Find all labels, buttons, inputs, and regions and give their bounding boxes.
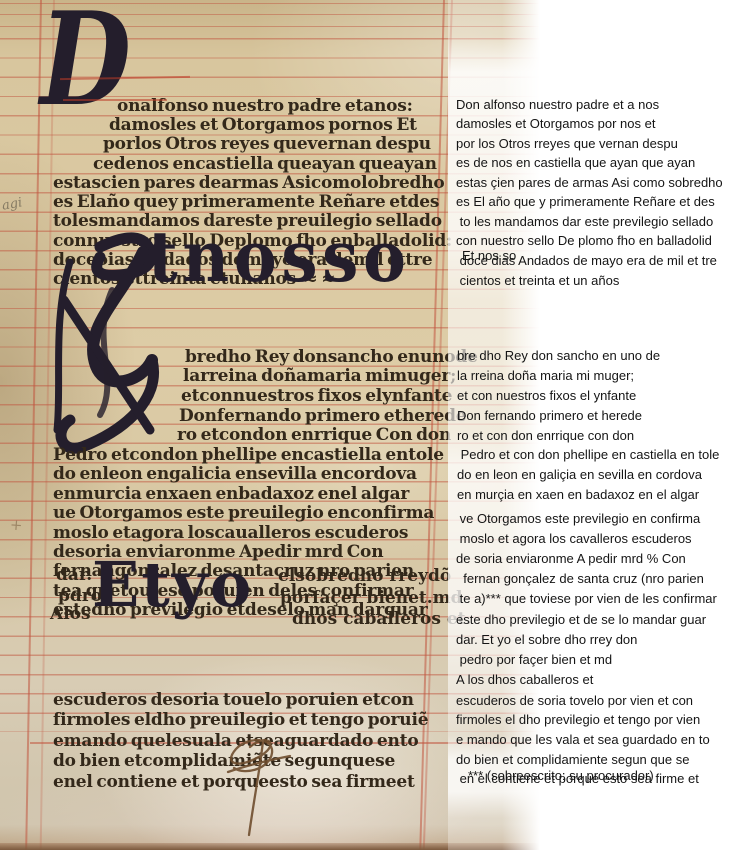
screenshot-stage: agi + D onalfonso nuestro padre etanos:d… [0,0,750,850]
transcription-line: es de nos en castiella que ayan que ayan [456,153,723,173]
transcription-line: bre dho Rey don sancho en uno de [457,346,719,366]
transcription-line: la rreina doña maria mi muger; [457,366,719,386]
transcription-line: este dho previlegio et de se lo mandar g… [456,610,717,630]
transcription-footnote: *** (sobreescrito: su procurador) [468,766,654,786]
transcription-line: es El año que y primeramente Reñare et d… [456,192,723,212]
transcription-interlude: Et nos so [462,246,516,266]
transcription-line: Don alfonso nuestro padre et a nos [456,95,723,115]
transcription-line: te a)*** que toviese por vien de les con… [456,589,717,609]
transcription-line: firmoles el dho previlegio et tengo por … [456,710,710,730]
transcription-line: fernan gonçalez de santa cruz (nro parie… [456,569,717,589]
transcription-line: moslo et agora los cavalleros escuderos [456,529,717,549]
transcription-line: damosles et Otorgamos por nos et [456,114,723,134]
transcription-line: et con nuestros fixos el ynfante [457,386,719,406]
transcription-line: to les mandamos dar este previlegio sell… [456,212,723,232]
transcription-line: Don fernando primero et herede [457,406,719,426]
transcription-line: ro et con don enrrique con don [457,426,719,446]
transcription-line: por los Otros rreyes que vernan despu [456,134,723,154]
transcription-line: de soria enviaronme A pedir mrd % Con [456,549,717,569]
transcription-line: escuderos de soria tovelo por vien et co… [456,691,710,711]
transcription-line: ve Otorgamos este previlegio en confirma [456,509,717,529]
transcription-line: estas çien pares de armas Asi como sobre… [456,173,723,193]
transcription-line: e mando que les vala et sea guardado en … [456,730,710,750]
